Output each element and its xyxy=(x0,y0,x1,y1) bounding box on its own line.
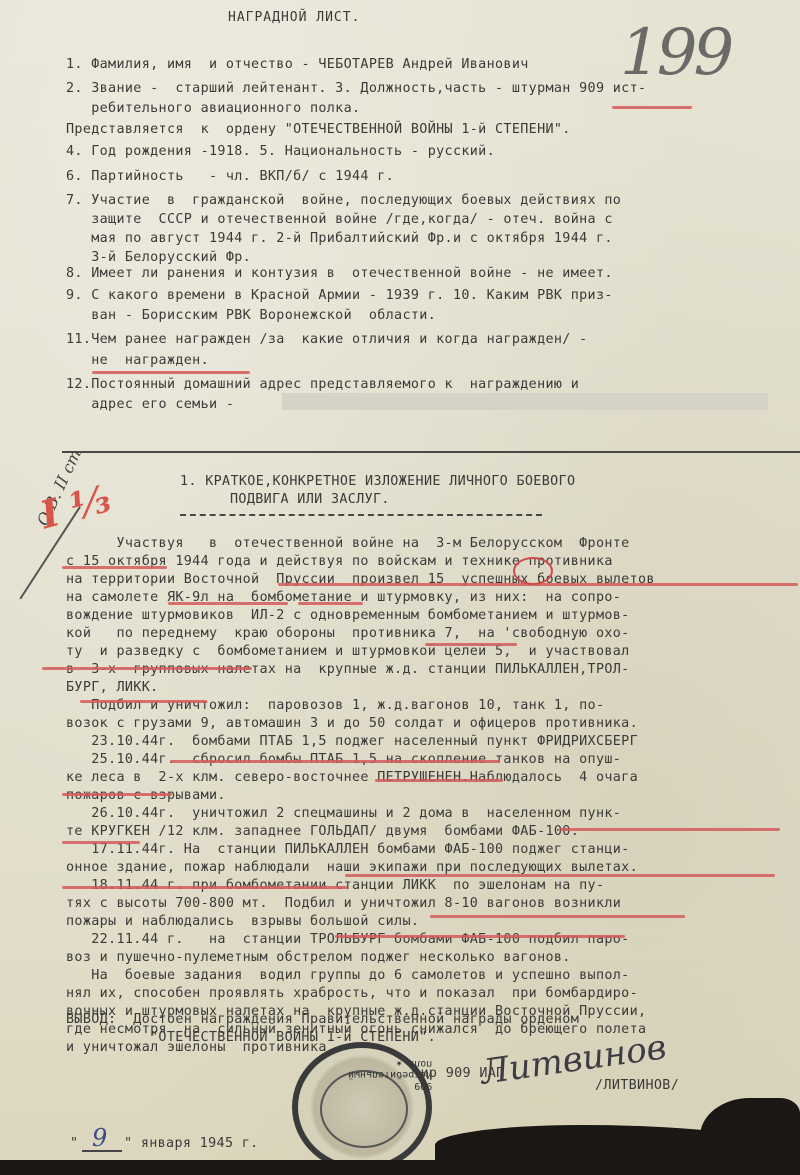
body-line: те КРУГКЕН /12 клм. западнее ГОЛЬДАП/ дв… xyxy=(66,824,579,840)
field-line: 11.Чем ранее награжден /за какие отличия… xyxy=(66,332,588,348)
date-rest: " января 1945 г. xyxy=(124,1136,259,1152)
field-line: 8. Имеет ли ранения и контузия в отечест… xyxy=(66,266,613,282)
red-underline xyxy=(62,793,172,796)
field-line: ван - Борисским РВК Воронежской области. xyxy=(66,308,436,324)
field-line: 4. Год рождения -1918. 5. Национальность… xyxy=(66,144,495,160)
heading-underline xyxy=(180,514,542,516)
official-stamp-icon: 909 Истребительный полк ★ xyxy=(292,1042,432,1172)
red-underline xyxy=(375,779,503,782)
red-underline xyxy=(62,886,347,889)
field-line: не награжден. xyxy=(66,353,209,369)
red-underline xyxy=(560,828,780,831)
body-line: 26.10.44г. уничтожил 2 спецмашины и 2 до… xyxy=(66,806,621,822)
body-line: БУРГ, ЛИКК. xyxy=(66,680,159,696)
body-line: в 3-х групповых налетах на крупные ж.д. … xyxy=(66,662,630,678)
stamp-text: 909 Истребительный полк ★ xyxy=(348,1058,432,1091)
body-line: тях с высоты 700-800 мт. Подбил и уничто… xyxy=(66,896,621,912)
red-underline xyxy=(62,841,140,844)
red-underline xyxy=(92,371,250,374)
field-line: 3-й Белорусский Фр. xyxy=(66,250,251,266)
field-line: 9. С какого времени в Красной Армии - 19… xyxy=(66,288,613,304)
red-underline xyxy=(170,760,500,763)
red-underline xyxy=(335,935,625,938)
burn-damage xyxy=(0,1160,800,1175)
body-line: ту и разведку с бомбометанием и штурмовк… xyxy=(66,644,630,660)
body-line: Участвуя в отечественной войне на 3-м Бе… xyxy=(66,536,630,552)
red-underline xyxy=(425,643,517,646)
conclusion-line: "ОТЕЧЕСТВЕННОЙ ВОЙНЫ 1-й СТЕПЕНИ". xyxy=(150,1030,436,1046)
field-line: 7. Участие в гражданской войне, последую… xyxy=(66,193,621,209)
date-day: 9 xyxy=(92,1124,107,1152)
body-line: нял их, способен проявлять храбрость, чт… xyxy=(66,986,638,1002)
field-line: ребительного авиационного полка. xyxy=(66,101,360,117)
red-circle-mark xyxy=(513,557,553,585)
section-heading: ПОДВИГА ИЛИ ЗАСЛУГ. xyxy=(230,492,390,508)
body-line: На боевые задания водил группы до 6 само… xyxy=(66,968,630,984)
field-line: 12.Постоянный домашний адрес представляе… xyxy=(66,377,579,393)
red-underline xyxy=(345,874,775,877)
red-underline xyxy=(62,566,167,569)
body-line: возок с грузами 9, автомашин 3 и до 50 с… xyxy=(66,716,638,732)
red-underline xyxy=(168,602,288,605)
red-underline xyxy=(612,106,692,109)
body-line: ке леса в 2-х клм. северо-восточнее ПЕТР… xyxy=(66,770,638,786)
body-line: воз и пушечно-пулеметным обстрелом подже… xyxy=(66,950,571,966)
body-line: пожары и наблюдались взрывы большой силы… xyxy=(66,914,419,930)
red-underline xyxy=(298,602,363,605)
section-divider xyxy=(62,451,800,453)
body-line: 17.11.44г. На станции ПИЛЬКАЛЛЕН бомбами… xyxy=(66,842,630,858)
redacted-address xyxy=(282,393,768,410)
field-line: защите СССР и отечественной войне /где,к… xyxy=(66,212,613,228)
red-underline xyxy=(42,667,252,670)
handwritten-number: 199 xyxy=(620,16,730,90)
field-line: мая по август 1944 г. 2-й Прибалтийский … xyxy=(66,231,613,247)
body-line: 23.10.44г. бомбами ПТАБ 1,5 поджег насел… xyxy=(66,734,638,750)
signature-name: /ЛИТВИНОВ/ xyxy=(595,1078,679,1094)
date-open-quote: " xyxy=(70,1136,78,1152)
field-line: адрес его семьи - xyxy=(66,397,234,413)
red-underline xyxy=(80,700,207,703)
document-title: НАГРАДНОЙ ЛИСТ. xyxy=(228,10,360,25)
field-line: Представляется к ордену "ОТЕЧЕСТВЕННОЙ В… xyxy=(66,122,571,138)
field-line: 2. Звание - старший лейтенант. 3. Должно… xyxy=(66,81,646,97)
body-line: вождение штурмовиков ИЛ-2 с одновременны… xyxy=(66,608,630,624)
field-line: 6. Партийность - чл. ВКП/б/ с 1944 г. xyxy=(66,169,394,185)
red-underline xyxy=(430,915,685,918)
body-line: кой по переднему краю обороны противника… xyxy=(66,626,630,642)
body-line: пожаров с взрывами. xyxy=(66,788,226,804)
conclusion-line: ВЫВОД: Достоен награждения Правительстве… xyxy=(66,1012,579,1028)
date-underline xyxy=(82,1150,122,1152)
field-line: 1. Фамилия, имя и отчество - ЧЕБОТАРЕВ А… xyxy=(66,57,529,73)
section-heading: 1. КРАТКОЕ,КОНКРЕТНОЕ ИЗЛОЖЕНИЕ ЛИЧНОГО … xyxy=(180,474,575,490)
